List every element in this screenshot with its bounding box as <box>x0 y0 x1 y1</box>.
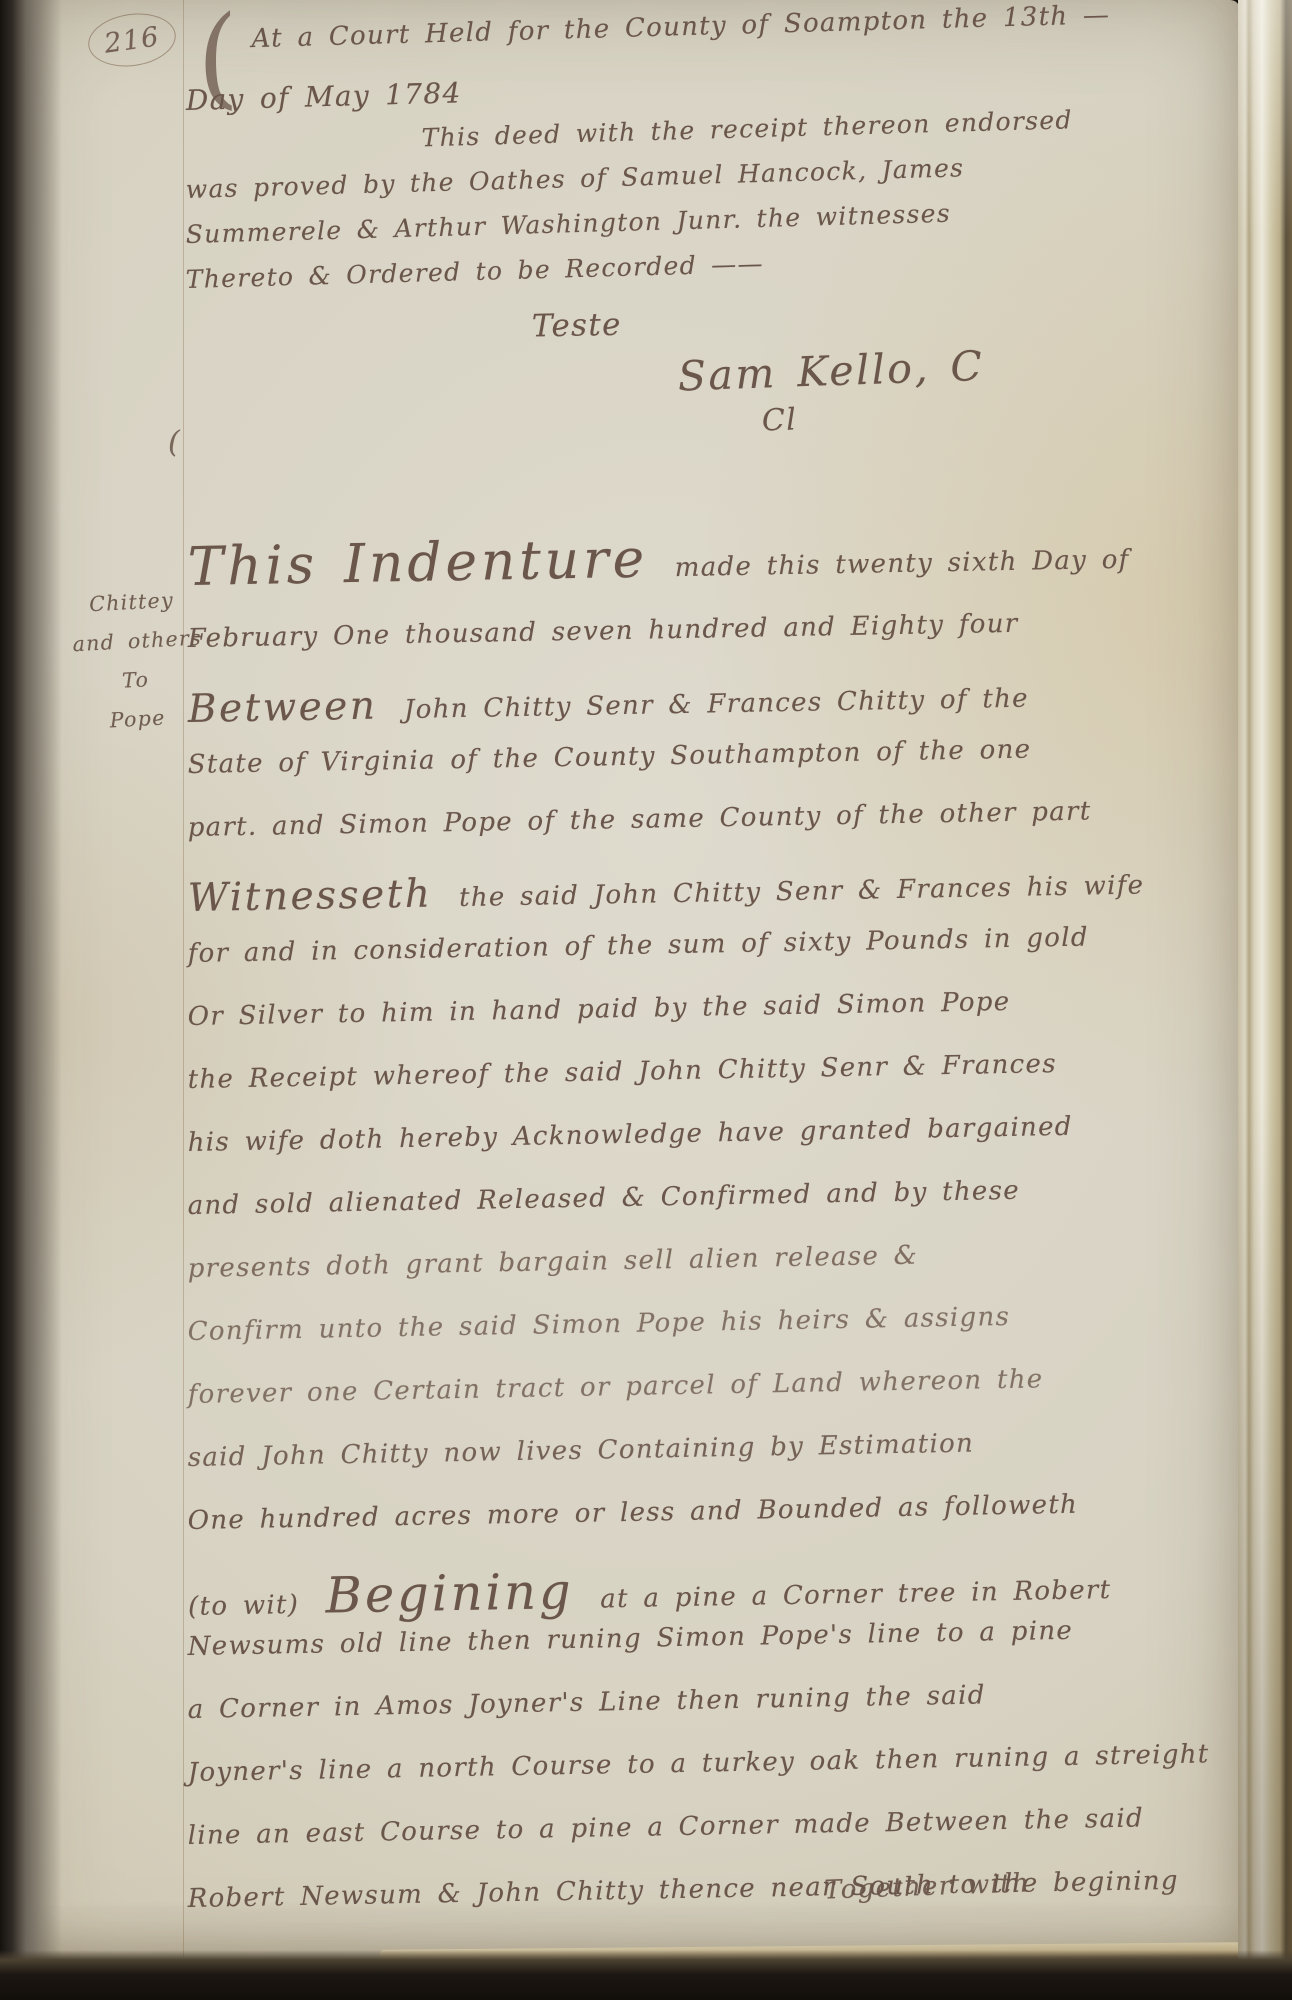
margin-note-party-1b: and others <box>72 626 196 671</box>
deed-line-text: John Chitty Senr & Frances Chitty of the <box>404 684 1029 725</box>
deed-text-line: This Indenture made this twenty sixth Da… <box>187 521 1028 624</box>
deed-line-text: at a pine a Corner tree in Robert <box>600 1575 1112 1614</box>
margin-bracket-mark: ( <box>168 425 181 460</box>
margin-note-party-2: Pope <box>76 704 200 749</box>
deed-line-text: made this twenty sixth Day of <box>675 545 1130 583</box>
page-number-text: 216 <box>102 21 161 59</box>
court-order-section: At a Court Held for the County of Soampt… <box>186 26 1026 444</box>
deed-line-lead-word: Between <box>187 684 377 732</box>
photo-dark-edge-bottom <box>0 1950 1292 2000</box>
margin-case-note: Chittey and others To Pope <box>70 587 200 749</box>
deed-line-pre-text: (to wit) <box>188 1590 300 1622</box>
photo-dark-edge-left <box>0 0 70 2000</box>
margin-note-party-1: Chittey <box>70 587 194 632</box>
deed-line-text: the said John Chitty Senr & Frances his … <box>459 870 1145 913</box>
deed-line-lead-word: Begining <box>325 1562 574 1625</box>
deed-line-lead-word: This Indenture <box>187 528 648 598</box>
manuscript-photo: 216 ( ( At a Court Held for the County o… <box>0 0 1292 2000</box>
page-number: 216 <box>85 8 179 72</box>
deed-body-section: This Indenture made this twenty sixth Da… <box>188 536 1028 1947</box>
margin-note-to: To <box>74 665 198 710</box>
book-page-edges <box>1238 0 1292 1978</box>
margin-rule-line <box>183 0 184 1958</box>
deed-line-lead-word: Witnesseth <box>187 872 432 921</box>
manuscript-page: 216 ( ( At a Court Held for the County o… <box>18 0 1240 1962</box>
